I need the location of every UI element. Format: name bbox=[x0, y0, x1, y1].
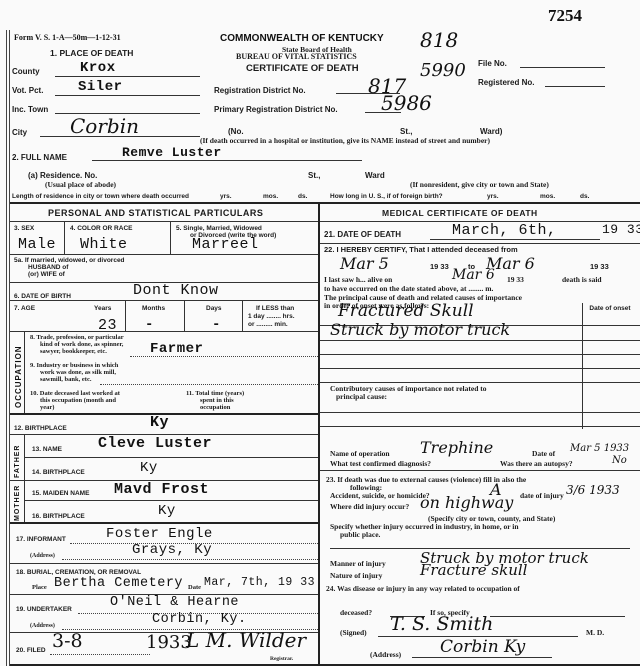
how-long-us-label: How long in U. S., if of foreign birth? bbox=[330, 193, 443, 200]
dob-value: Dont Know bbox=[133, 282, 219, 299]
physician-signature: T. S. Smith bbox=[390, 613, 493, 635]
marital-value: Marreel bbox=[192, 236, 259, 253]
handwritten-5990: 5990 bbox=[420, 60, 466, 81]
st-label: St., bbox=[400, 127, 412, 136]
physician-address: Corbin Ky bbox=[440, 637, 525, 657]
nonresident-note: (If nonresident, give city or town and S… bbox=[410, 180, 549, 189]
injury-date-value: 3/6 1933 bbox=[566, 483, 620, 497]
trade-value: Farmer bbox=[150, 341, 203, 357]
where-value: on highway bbox=[420, 493, 513, 512]
full-name-label: 2. FULL NAME bbox=[12, 153, 67, 162]
handwritten-818: 818 bbox=[420, 28, 458, 52]
cause-line-2: Struck by motor truck bbox=[330, 320, 510, 339]
bureau: BUREAU OF VITAL STATISTICS bbox=[236, 52, 357, 61]
vot-pct-label: Vot. Pct. bbox=[12, 86, 43, 95]
cause-line-1: Fractured Skull bbox=[338, 301, 474, 321]
informant-address-value: Grays, Ky bbox=[132, 542, 212, 558]
city-value: Corbin bbox=[70, 114, 139, 138]
inc-town-label: Inc. Town bbox=[12, 105, 48, 114]
birthplace-value: Ky bbox=[150, 414, 169, 431]
no-label: (No. bbox=[228, 127, 244, 136]
burial-date-value: Mar, 7th, 19 33 bbox=[204, 576, 315, 589]
death-certificate: Form V. S. 1-A—50m—1-12-31 1. PLACE OF D… bbox=[0, 0, 640, 666]
mother-side-label: MOTHER bbox=[14, 485, 21, 521]
medical-heading: MEDICAL CERTIFICATE OF DEATH bbox=[382, 208, 538, 218]
primary-registration-value: 5986 bbox=[381, 91, 432, 115]
commonwealth-title: COMMONWEALTH OF KENTUCKY bbox=[220, 33, 384, 44]
full-name-value: Remve Luster bbox=[122, 145, 222, 160]
undertaker-address-value: Corbin, Ky. bbox=[152, 612, 247, 627]
place-of-death-heading: 1. PLACE OF DEATH bbox=[50, 48, 133, 58]
burial-place-value: Bertha Cemetery bbox=[54, 576, 183, 591]
length-residence-label: Length of residence in city or town wher… bbox=[12, 193, 189, 200]
file-no-label: File No. bbox=[478, 59, 507, 68]
mother-birthplace-value: Ky bbox=[158, 503, 176, 519]
left-border bbox=[6, 30, 7, 666]
column-divider bbox=[318, 203, 320, 666]
informant-value: Foster Engle bbox=[106, 526, 213, 542]
county-label: County bbox=[12, 67, 40, 76]
nature-value: Fracture skull bbox=[420, 561, 527, 579]
primary-registration-label: Primary Registration District No. bbox=[214, 105, 338, 114]
vot-pct-value: Siler bbox=[78, 79, 123, 95]
registered-no-label: Registered No. bbox=[478, 78, 534, 87]
residence-label: (a) Residence. No. bbox=[28, 171, 97, 180]
operation-value: Trephine bbox=[420, 438, 493, 457]
residence-ward: Ward bbox=[365, 171, 385, 180]
undertaker-value: O'Neil & Hearne bbox=[110, 595, 239, 610]
date-of-onset-label: Date of onset bbox=[588, 305, 632, 312]
county-value: Krox bbox=[80, 60, 116, 76]
residence-sub: (Usual place of abode) bbox=[45, 180, 116, 189]
stamp-number: 7254 bbox=[548, 6, 582, 26]
city-label: City bbox=[12, 128, 27, 137]
form-id: Form V. S. 1-A—50m—1-12-31 bbox=[14, 33, 121, 42]
filed-value: 3-8 bbox=[52, 630, 83, 652]
date-of-death-value: March, 6th, bbox=[452, 222, 557, 239]
filed-year: 1933 bbox=[146, 632, 192, 653]
operation-date-value: Mar 5 1933 bbox=[570, 443, 629, 454]
last-saw-value: Mar 6 bbox=[452, 267, 495, 283]
registration-district-label: Registration District No. bbox=[214, 86, 306, 95]
file-no-field bbox=[520, 67, 605, 68]
personal-heading: PERSONAL AND STATISTICAL PARTICULARS bbox=[48, 208, 263, 218]
father-side-label: FATHER bbox=[14, 445, 21, 478]
ward-label: Ward) bbox=[480, 127, 502, 136]
residence-st: St., bbox=[308, 171, 320, 180]
date-of-death-year: 19 33 bbox=[602, 222, 640, 237]
autopsy-value: No bbox=[612, 455, 627, 466]
registrar-signature: L M. Wilder bbox=[186, 628, 306, 652]
registered-no-field bbox=[545, 86, 605, 87]
certificate-title: CERTIFICATE OF DEATH bbox=[246, 63, 359, 74]
father-birthplace-value: Ky bbox=[140, 460, 158, 476]
attended-from: Mar 5 bbox=[340, 254, 389, 273]
mother-maiden-value: Mavd Frost bbox=[114, 481, 209, 498]
sex-value: Male bbox=[18, 236, 56, 253]
occupation-side-label: OCCUPATION bbox=[14, 345, 23, 408]
father-name-value: Cleve Luster bbox=[98, 435, 212, 452]
left-border-inner bbox=[9, 30, 10, 666]
race-value: White bbox=[80, 236, 128, 253]
hospital-note: (If death occurred in a hospital or inst… bbox=[200, 136, 490, 145]
